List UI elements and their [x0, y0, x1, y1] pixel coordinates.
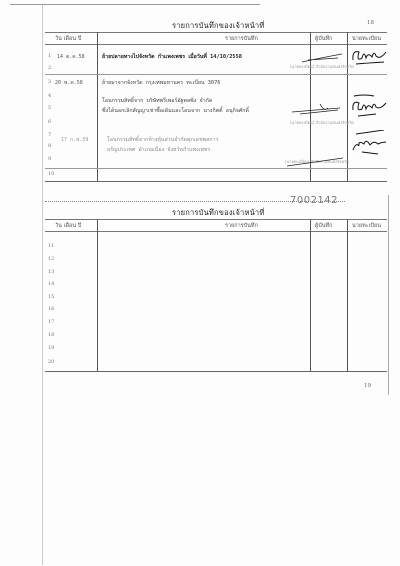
- entry-text: ย้ายมาจากจังหวัด กรุงเทพมหานคร ทะเบียน 3…: [102, 79, 220, 87]
- row-number: 19: [48, 345, 54, 351]
- row-number: 20: [48, 359, 54, 365]
- row-number: 11: [48, 243, 54, 249]
- row-number: 17: [48, 319, 54, 325]
- col-divider: [97, 219, 98, 372]
- entry-date: 14 ต.ค.58: [57, 53, 85, 61]
- header-entry: รายการบันทึก: [225, 222, 258, 230]
- recorder-signature-icon: [290, 100, 345, 116]
- page-title-top: รายการบันทึกของเจ้าหน้าที่: [172, 20, 264, 32]
- entry-date: 17 ก.พ.59: [61, 136, 88, 144]
- row-number: 13: [48, 269, 54, 275]
- registrar-signature-icon: [350, 94, 388, 120]
- header-recorder: ผู้บันทึก: [315, 35, 332, 43]
- header-entry: รายการบันทึก: [225, 35, 258, 43]
- entry-text: อรัญประเทศ อำเภอเมือง จังหวัดกำแพงเพชร: [107, 146, 210, 154]
- col-divider: [310, 219, 311, 372]
- recorder-signature-icon: [300, 50, 345, 65]
- records-table-top: วัน เดือน ปี รายการบันทึก ผู้บันทึก นายท…: [45, 32, 387, 182]
- row-number: 18: [48, 332, 54, 338]
- header-registrar: นายทะเบียน: [352, 35, 381, 43]
- entry-text: ย้ายปลายทางไปจังหวัด กำแพงเพชร เมื่อวันท…: [102, 53, 242, 61]
- serial-number: 7002142: [290, 195, 338, 206]
- row-number: 12: [48, 256, 54, 262]
- registrar-stamp: (นายทะเบียน) สำนักงานขนส่งจังหวัด: [290, 119, 354, 126]
- header-date: วัน เดือน ปี: [55, 222, 81, 230]
- row-number: 8: [48, 143, 51, 149]
- records-table-bottom: วัน เดือน ปี รายการบันทึก ผู้บันทึก นายท…: [45, 219, 387, 372]
- col-divider: [347, 219, 348, 372]
- row-number: 5: [48, 105, 51, 111]
- row-number: 6: [48, 119, 51, 125]
- row-number: 10: [48, 171, 54, 177]
- row-number: 2: [48, 65, 51, 71]
- row-number: 7: [48, 132, 51, 138]
- page-edge-left: [42, 5, 43, 565]
- entry-text: โอนกรรมสิทธิ์จาก บริษัทพรีเพอร์อัฐพลซิ่ง…: [102, 97, 212, 105]
- row-number: 1: [48, 53, 51, 59]
- col-divider: [97, 32, 98, 182]
- entry-text: ซึ่งได้นอกเลิกสัญญาเช่าซื้อเดิมและโอนจาก…: [102, 107, 249, 115]
- row-number: 4: [48, 93, 51, 99]
- row-number: 15: [48, 294, 54, 300]
- page-edge-top: [10, 4, 260, 5]
- recorder-signature-icon: [285, 156, 345, 168]
- page-title-bottom: รายการบันทึกของเจ้าหน้าที่: [172, 207, 264, 219]
- row-divider: [45, 168, 387, 169]
- row-divider: [45, 74, 387, 75]
- entry-date: 20 พ.ค.58: [55, 79, 83, 87]
- page-edge-right: [388, 195, 389, 395]
- row-divider: [45, 371, 387, 372]
- row-number: 9: [48, 156, 51, 162]
- row-number: 3: [48, 79, 51, 85]
- registrar-signature-icon: [350, 46, 388, 68]
- header-date: วัน เดือน ปี: [55, 35, 81, 43]
- entry-text: โอนกรรมสิทธิ์จากห้างหุ้นส่วนจำกัดศุภเดชพ…: [107, 136, 218, 144]
- registrar-signature-icon: [350, 130, 388, 156]
- page-number-top: 18: [367, 20, 374, 26]
- page-number-bottom: 19: [364, 383, 371, 389]
- row-divider: [45, 181, 387, 182]
- header-registrar: นายทะเบียน: [352, 222, 381, 230]
- row-number: 14: [48, 281, 54, 287]
- header-recorder: ผู้บันทึก: [315, 222, 332, 230]
- row-number: 16: [48, 306, 54, 312]
